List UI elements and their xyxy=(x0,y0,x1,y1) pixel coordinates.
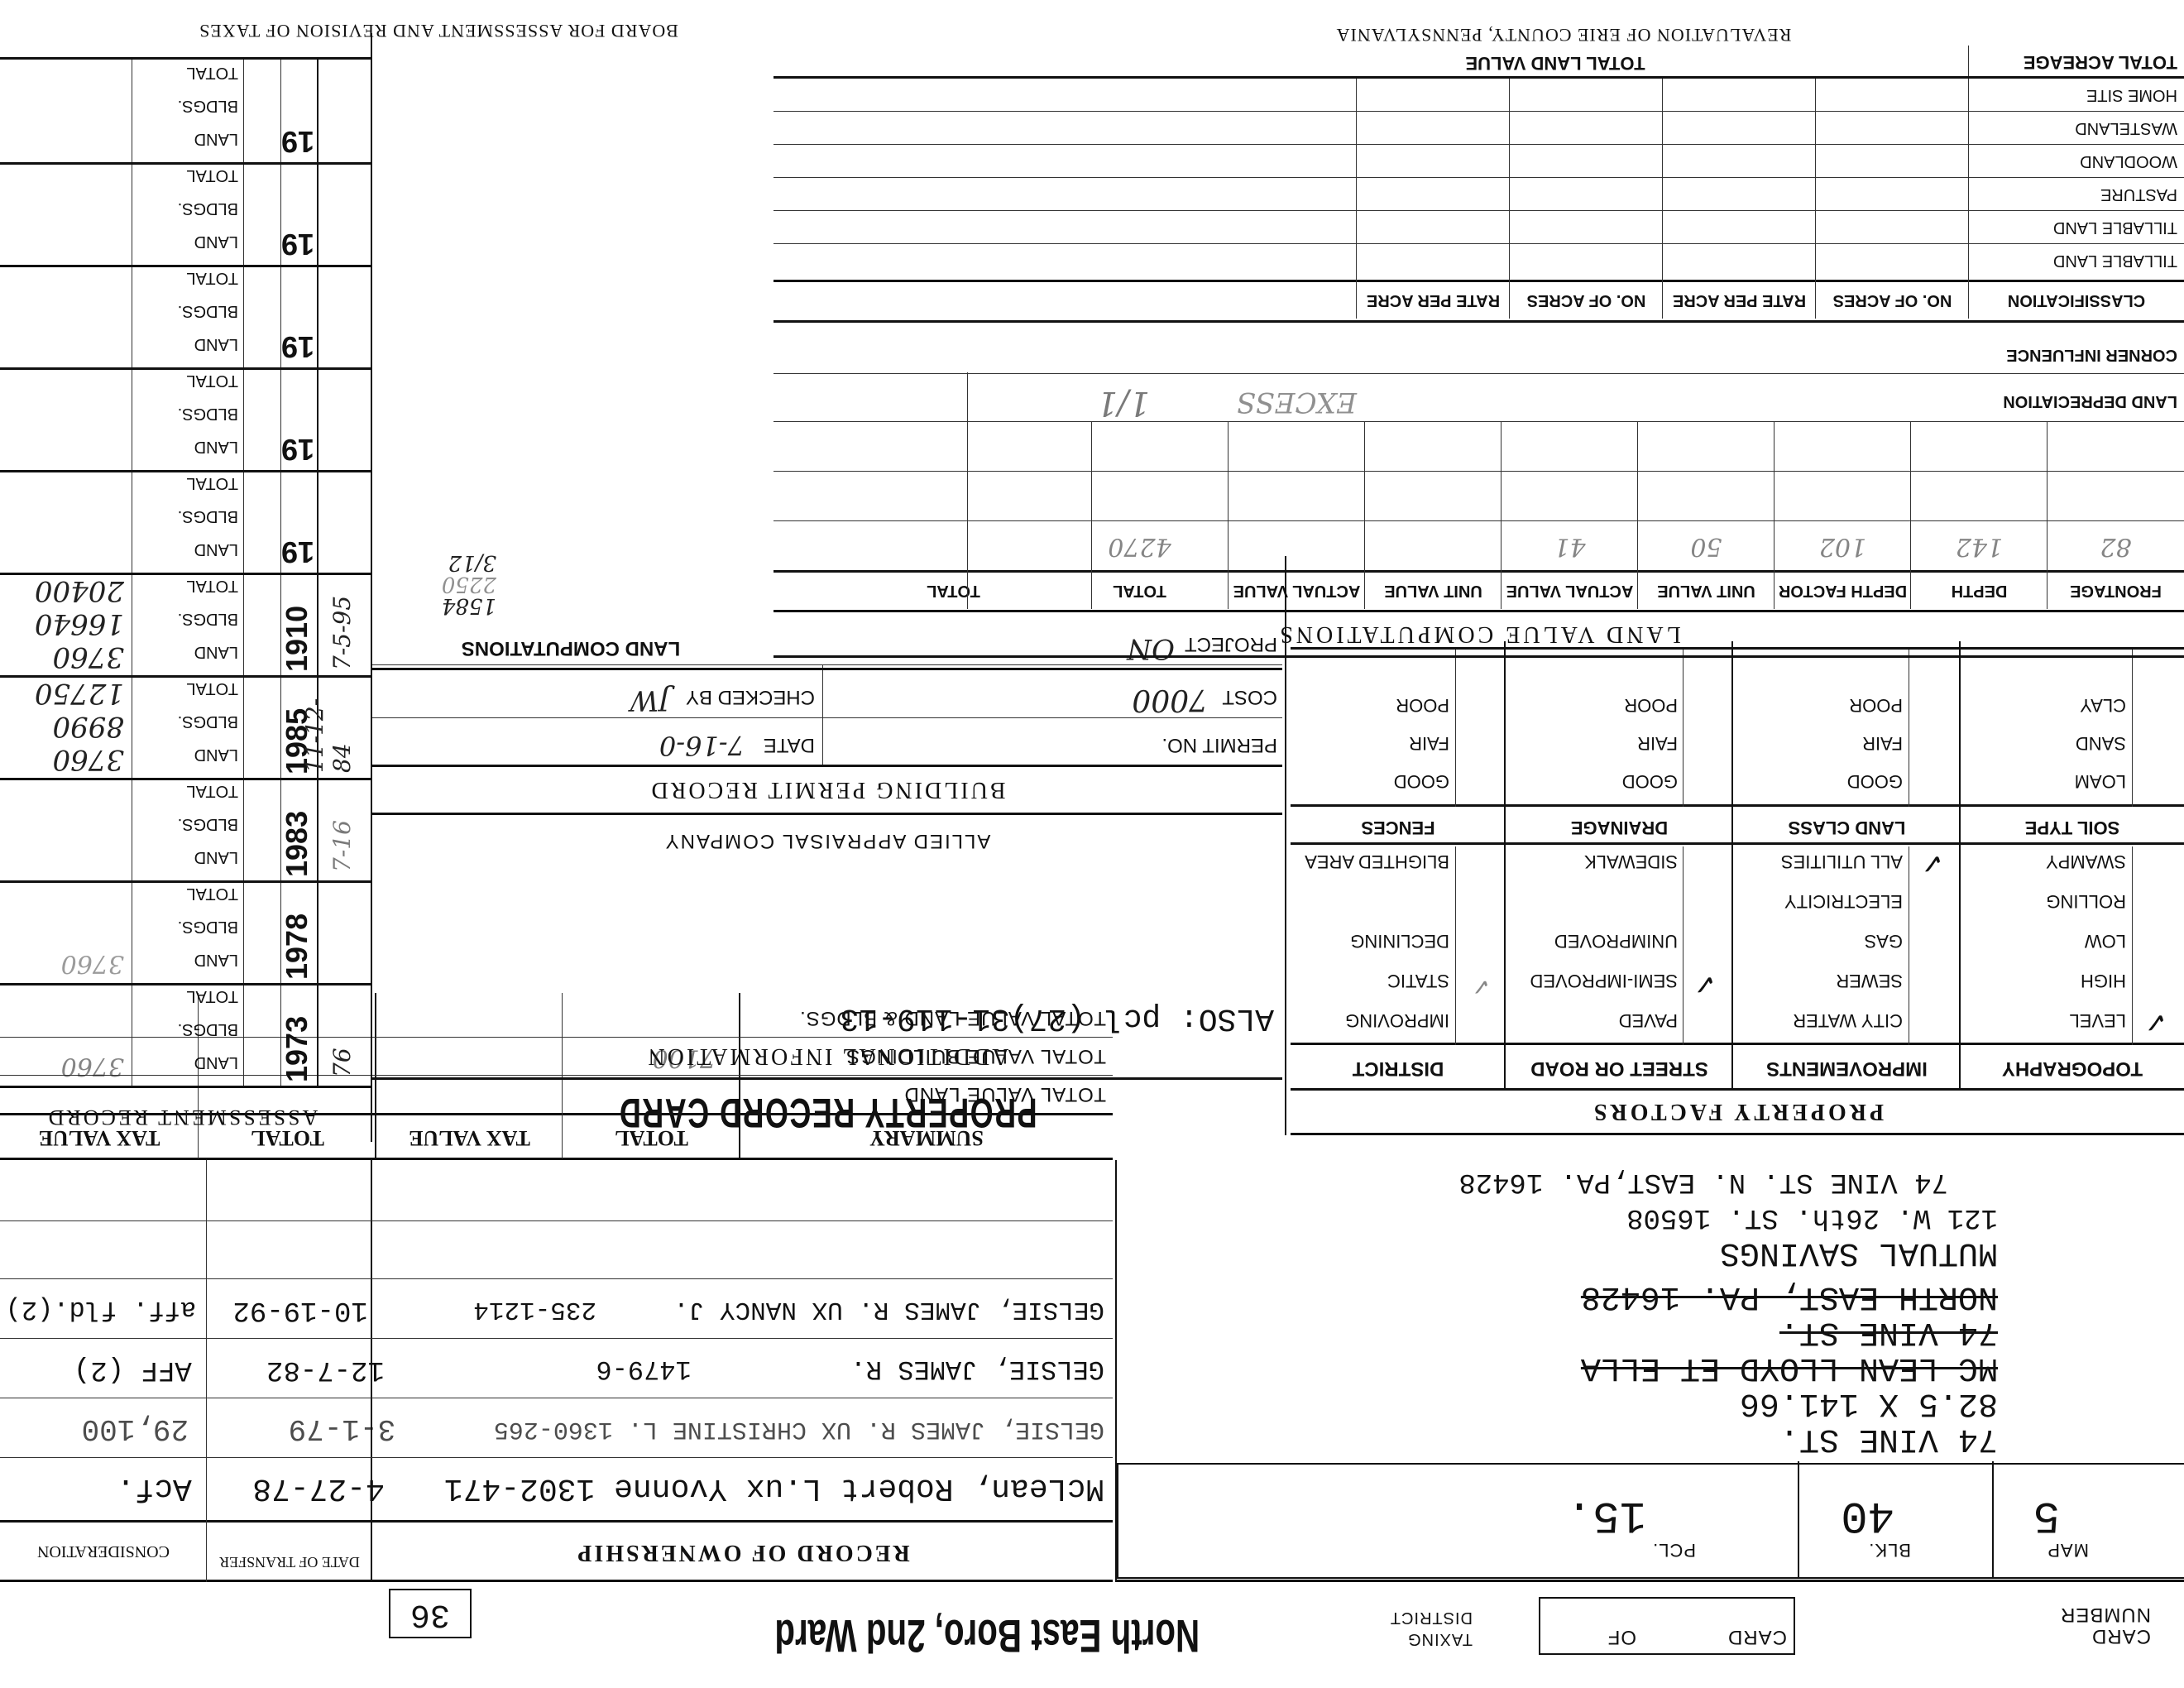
check-mark-icon: ✓ xyxy=(1921,846,1945,880)
assessment-year-block: 1985 11-12-84 LANDBLDGS.TOTAL 3760899012… xyxy=(0,675,372,780)
property-factors-title-bar: PROPERTY FACTORS xyxy=(1291,1091,2184,1132)
card-label: CARD xyxy=(1727,1625,1787,1648)
assessment-year-block: 19 LANDBLDGS.TOTAL xyxy=(0,162,372,267)
col-depth: DEPTH xyxy=(1911,582,2047,601)
assessment-values: 37601664020400 xyxy=(35,574,124,674)
improvement-all-utilities[interactable]: ALL UTILITIES xyxy=(1781,842,1903,881)
row-tillable-land-2: TILLABLE LAND xyxy=(2024,211,2177,244)
district-blighted-area[interactable]: BLIGHTED AREA xyxy=(1305,842,1449,881)
assessment-table: 1973 76 LANDBLDGS.TOTAL 3760 1978 LANDBL… xyxy=(0,58,372,1088)
date-of-transfer-header: DATE OF TRANSFER xyxy=(211,1553,368,1571)
owner-name: GELSIE, JAMES R. UX NANCY J. 235-1214 xyxy=(373,1296,1113,1325)
address-line-struck: NORTH EAST, PA. 16428 xyxy=(1121,1278,1998,1314)
card-title: PROPERTY RECORD CARD xyxy=(372,1073,1282,1142)
consideration: 29,100 xyxy=(0,1412,238,1446)
district-declining[interactable]: DECLINING xyxy=(1305,921,1449,961)
drainage-fair[interactable]: FAIR xyxy=(1622,724,1678,762)
assessment-year-block: 19 LANDBLDGS.TOTAL xyxy=(0,265,372,370)
assessment-row-labels: LANDBLDGS.TOTAL xyxy=(178,774,238,874)
land-value-title: LAND VALUE COMPUTATIONS xyxy=(773,621,2184,647)
row-pasture: PASTURE xyxy=(2024,178,2177,211)
owner-name: McLean, Robert L.ux Yvonne 1302-471 xyxy=(390,1471,1113,1507)
ownership-row: McLean, Robert L.ux Yvonne 1302-471 4-27… xyxy=(0,1461,1113,1516)
street-list: PAVED SEMI-IMPROVED UNIMPROVED SIDEWALK xyxy=(1530,842,1678,1040)
assessment-year: 1973 xyxy=(280,1016,314,1082)
assessment-note: 76 xyxy=(328,1048,356,1077)
consideration: aff. fld.(2) xyxy=(0,1295,204,1326)
land-class-list: GOOD FAIR POOR xyxy=(1847,686,1903,800)
assessment-row-labels: LANDBLDGS.TOTAL xyxy=(178,877,238,976)
assessment-year-block: 19 LANDBLDGS.TOTAL xyxy=(0,367,372,472)
assessment-row-labels: LANDBLDGS.TOTAL xyxy=(178,56,238,156)
assessment-year-block: 19 LANDBLDGS.TOTAL xyxy=(0,470,372,575)
land-class-good[interactable]: GOOD xyxy=(1847,762,1903,800)
improvement-gas[interactable]: GAS xyxy=(1781,921,1903,961)
col-frontage: FRONTAGE xyxy=(2047,582,2184,601)
appraisal-company: ALLIED APPRAISAL COMPANY xyxy=(372,829,1282,852)
row-wasteland: WASTELAND xyxy=(2024,112,2177,145)
assessment-row-labels: LANDBLDGS.TOTAL xyxy=(178,980,238,1079)
fences-poor[interactable]: POOR xyxy=(1394,686,1449,724)
drainage-list: GOOD FAIR POOR xyxy=(1622,686,1678,800)
card-of-box[interactable]: CARD OF xyxy=(1539,1597,1795,1655)
assessment-year-block: 1910 7-5-95 LANDBLDGS.TOTAL 376016640204… xyxy=(0,573,372,678)
address-line: 74 VINE ST. xyxy=(1121,1421,1998,1456)
street-paved[interactable]: PAVED xyxy=(1530,1000,1678,1040)
ownership-table: RECORD OF OWNERSHIP DATE OF TRANSFER CON… xyxy=(0,1160,1113,1582)
acreage-row-labels: TILLABLE LAND TILLABLE LAND PASTURE WOOD… xyxy=(2024,46,2177,277)
col-no-acres-2: NO. OF ACRES xyxy=(1510,291,1663,310)
revaluation-title: REVALUATION OF ERIE COUNTY, PENNSYLVANIA xyxy=(943,24,2184,46)
additional-info-title: ADDITIONAL INFORMATION xyxy=(372,1043,1282,1069)
land-depreciation-label: LAND DEPRECIATION xyxy=(2003,391,2177,410)
row-total-acreage: TOTAL ACREAGE xyxy=(2024,46,2177,79)
total-land-value-label: TOTAL LAND VALUE xyxy=(1142,52,1969,74)
transfer-date: 10-19-92 xyxy=(204,1294,373,1326)
drainage-header: DRAINAGE xyxy=(1506,817,1733,838)
blk-value: 40 xyxy=(1841,1489,1894,1540)
street-header: STREET OR ROAD xyxy=(1506,1057,1733,1080)
topography-header: TOPOGRAPHY xyxy=(1961,1057,2184,1080)
street-unimproved[interactable]: UNIMPROVED xyxy=(1530,921,1678,961)
land-value-row: 82 142 102 50 41 4270 xyxy=(773,525,2184,569)
land-class-fair[interactable]: FAIR xyxy=(1847,724,1903,762)
owner-name: GELSIE, JAMES R. 1479-6 xyxy=(390,1355,1113,1385)
topography-level[interactable]: LEVEL xyxy=(2046,1000,2126,1040)
assessment-note: 11-12-84 xyxy=(301,675,356,773)
row-woodland: WOODLAND xyxy=(2024,145,2177,178)
improvement-sewer[interactable]: SEWER xyxy=(1781,961,1903,1000)
land-depreciation-value: EXCESS xyxy=(1237,386,1357,419)
district-code: 36 xyxy=(389,1589,472,1638)
address-line: MUTUAL SAVINGS xyxy=(1121,1235,1998,1270)
assessment-year: 19 xyxy=(281,227,314,261)
cost-value: 7000 xyxy=(1132,683,1208,717)
row-tillable-land: TILLABLE LAND xyxy=(2024,244,2177,277)
fences-good[interactable]: GOOD xyxy=(1394,762,1449,800)
assessment-year: 19 xyxy=(281,124,314,159)
permit-no-label: PERMIT NO. xyxy=(1161,733,1277,756)
additional-information: ADDITIONAL INFORMATION ALSO: pcl (27)31-… xyxy=(372,819,1282,1076)
fences-header: FENCES xyxy=(1291,817,1506,838)
land-computations-box: LAND COMPUTATIONS 1584 2250 3/12 xyxy=(372,559,769,666)
acreage-table: CLASSIFICATION NO. OF ACRES RATE PER ACR… xyxy=(773,46,2184,319)
soil-type-list: LOAM SAND CLAY xyxy=(2075,686,2126,800)
map-value: 5 xyxy=(2033,1489,2060,1540)
assessment-year: 1983 xyxy=(280,811,314,877)
soil-type-header: SOIL TYPE xyxy=(1961,817,2184,838)
topography-swampy[interactable]: SWAMPY xyxy=(2046,842,2126,881)
assessment-land: 3760 xyxy=(61,949,124,978)
additional-info-text: ALSO: pcl (27)31-119-13 xyxy=(841,1000,1275,1036)
col-no-acres: NO. OF ACRES xyxy=(1816,291,1969,310)
col-actual-value: ACTUAL VALUE xyxy=(1501,582,1638,601)
district-list: IMPROVING STATIC DECLINING BLIGHTED AREA xyxy=(1305,842,1449,1040)
assessment-year: 19 xyxy=(281,535,314,569)
soil-clay[interactable]: CLAY xyxy=(2075,686,2126,724)
building-permit-title-bar: BUILDING PERMIT RECORD xyxy=(372,767,1282,813)
street-sidewalk[interactable]: SIDEWALK xyxy=(1530,842,1678,881)
fences-list: GOOD FAIR POOR xyxy=(1394,686,1449,800)
row-home-site: HOME SITE xyxy=(2024,79,2177,112)
board-title: BOARD FOR ASSESSMENT AND REVISION OF TAX… xyxy=(0,20,877,41)
transfer-date: 4-27-78 xyxy=(225,1471,390,1507)
land-depreciation-note: 1/1 xyxy=(1097,384,1150,422)
transfer-date: 3-1-79 xyxy=(238,1412,400,1446)
assessment-year-block: 1983 7-16 LANDBLDGS.TOTAL xyxy=(0,778,372,883)
soil-sand[interactable]: SAND xyxy=(2075,724,2126,762)
assessment-note: 7-16 xyxy=(328,820,356,872)
improvements-list: CITY WATER SEWER GAS ELECTRICITY ALL UTI… xyxy=(1781,842,1903,1040)
property-record-card: CARD NUMBER CARD OF TAXING DISTRICT Nort… xyxy=(0,0,2184,1688)
street-semi-improved[interactable]: SEMI-IMPROVED xyxy=(1530,961,1678,1000)
col-rate-per-acre: RATE PER ACRE xyxy=(1663,291,1816,310)
land-class-header: LAND CLASS xyxy=(1733,817,1961,838)
col-rate-per-acre-2: RATE PER ACRE xyxy=(1357,291,1510,310)
land-computations-title: LAND COMPUTATIONS xyxy=(372,636,769,659)
assessment-year-block: 1978 LANDBLDGS.TOTAL 3760 xyxy=(0,880,372,985)
assessment-row-labels: LANDBLDGS.TOTAL xyxy=(178,672,238,771)
ownership-row: GELSIE, JAMES R. UX CHRISTINE L. 1360-26… xyxy=(0,1402,1113,1456)
cost-label: COST xyxy=(1222,685,1277,708)
permit-date: 7-16-0 xyxy=(659,730,745,761)
address-line-struck: MC LEAN LLOYD ET ELLA xyxy=(1121,1350,1998,1385)
acreage-header-row: CLASSIFICATION NO. OF ACRES RATE PER ACR… xyxy=(773,282,2184,319)
col-actual-value-2: ACTUAL VALUE xyxy=(1228,582,1365,601)
check-mark-icon: ✓ xyxy=(2144,1005,2168,1038)
address-line-struck: 74 VINE ST. xyxy=(1121,1314,1998,1350)
drainage-poor[interactable]: POOR xyxy=(1622,686,1678,724)
building-permit-title: BUILDING PERMIT RECORD xyxy=(372,767,1282,813)
drainage-good[interactable]: GOOD xyxy=(1622,762,1678,800)
of-label: OF xyxy=(1607,1625,1636,1648)
owner-address-block: 74 VINE ST. 82.5 X 141.66 MC LEAN LLOYD … xyxy=(1121,1163,1998,1456)
card-number-label: CARD NUMBER xyxy=(2052,1604,2151,1647)
address-line: 121 W. 26th. ST. 16508 xyxy=(1121,1199,1998,1235)
topography-high[interactable]: HIGH xyxy=(2046,961,2126,1000)
soil-loam[interactable]: LOAM xyxy=(2075,762,2126,800)
assessment-row-labels: LANDBLDGS.TOTAL xyxy=(178,261,238,361)
col-depth-factor: DEPTH FACTOR xyxy=(1774,582,1911,601)
topography-low[interactable]: LOW xyxy=(2046,921,2126,961)
assessment-year: 19 xyxy=(281,329,314,364)
assessment-year-block: 19 LANDBLDGS.TOTAL xyxy=(0,57,372,165)
address-line: 82.5 X 141.66 xyxy=(1121,1385,1998,1421)
col-total: TOTAL xyxy=(1051,582,1228,601)
assessment-title-bar: ASSESSMENT RECORD xyxy=(0,1092,364,1142)
consideration-header: CONSIDERATION xyxy=(4,1542,203,1561)
address-line: 74 VINE ST. N. EAST,PA. 16428 xyxy=(1121,1163,1998,1199)
consideration: Acf. xyxy=(0,1471,225,1507)
ownership-row: GELSIE, JAMES R. 1479-6 12-7-82 AFF (2) xyxy=(0,1342,1113,1397)
checked-by-label: CHECKED BY xyxy=(686,685,815,708)
assessment-values: 3760899012750 xyxy=(35,677,124,776)
land-value-header-row: FRONTAGE DEPTH DEPTH FACTOR UNIT VALUE A… xyxy=(773,573,2184,609)
checked-by-value: JW xyxy=(630,683,670,717)
taxing-district: North East Boro, 2nd Ward xyxy=(692,1609,1282,1663)
fences-fair[interactable]: FAIR xyxy=(1394,724,1449,762)
assessment-year: 1978 xyxy=(280,914,314,980)
owner-name: GELSIE, JAMES R. UX CHRISTINE L. 1360-26… xyxy=(400,1415,1113,1443)
property-factors-title: PROPERTY FACTORS xyxy=(1291,1091,2184,1132)
taxing-district-label: TAXING DISTRICT xyxy=(1348,1607,1473,1650)
consideration: AFF (2) xyxy=(0,1354,225,1385)
map-label: MAP xyxy=(2047,1539,2089,1561)
topography-list: LEVEL HIGH LOW ROLLING SWAMPY xyxy=(2046,842,2126,1040)
assessment-note: 7-5-95 xyxy=(328,596,356,670)
assessment-land: 3760 xyxy=(61,1052,124,1081)
assessment-year-block: 1973 76 LANDBLDGS.TOTAL 3760 xyxy=(0,983,372,1088)
assessment-row-labels: LANDBLDGS.TOTAL xyxy=(178,364,238,463)
property-factors-grid: TOPOGRAPHY IMPROVEMENTS STREET OR ROAD D… xyxy=(1291,625,2184,1088)
improvement-city-water[interactable]: CITY WATER xyxy=(1781,1000,1903,1040)
permit-date-label: DATE xyxy=(764,733,815,756)
assessment-row-labels: LANDBLDGS.TOTAL xyxy=(178,467,238,566)
district-improving[interactable]: IMPROVING xyxy=(1305,1000,1449,1040)
col-total-2: TOTAL xyxy=(856,582,1051,601)
land-adjustments: LAND DEPRECIATION EXCESS 1/1 CORNER INFL… xyxy=(773,314,2184,422)
district-static[interactable]: STATIC xyxy=(1305,961,1449,1000)
card-title-bar: PROPERTY RECORD CARD xyxy=(372,1084,1282,1142)
check-mark-icon: ✓ xyxy=(1693,967,1717,1000)
ownership-row: GELSIE, JAMES R. UX NANCY J. 235-1214 10… xyxy=(0,1283,1113,1337)
topography-rolling[interactable]: ROLLING xyxy=(2046,881,2126,921)
assessment-row-labels: LANDBLDGS.TOTAL xyxy=(178,159,238,258)
pcl-label: PCL. xyxy=(1652,1539,1696,1561)
col-classification: CLASSIFICATION xyxy=(1969,291,2184,310)
land-class-poor[interactable]: POOR xyxy=(1847,686,1903,724)
land-computation-notes: 1584 2250 3/12 xyxy=(442,552,496,616)
check-mark-icon: ✓ xyxy=(1472,973,1491,1000)
corner-influence-label: CORNER INFLUENCE xyxy=(2006,345,2177,364)
district-header: DISTRICT xyxy=(1291,1057,1506,1080)
pcl-value: 15. xyxy=(1566,1489,1646,1540)
improvements-header: IMPROVEMENTS xyxy=(1733,1057,1961,1080)
assessment-year: 19 xyxy=(281,432,314,467)
col-unit-value: UNIT VALUE xyxy=(1638,582,1774,601)
blk-label: BLK. xyxy=(1868,1539,1911,1561)
assessment-title: ASSESSMENT RECORD xyxy=(0,1092,364,1142)
assessment-row-labels: LANDBLDGS.TOTAL xyxy=(178,569,238,669)
col-unit-value-2: UNIT VALUE xyxy=(1365,582,1501,601)
transfer-date: 12-7-82 xyxy=(225,1354,390,1385)
parcel-id-box: MAP 5 BLK. 40 PCL. 15. xyxy=(1117,1463,2184,1579)
assessment-year: 1910 xyxy=(280,606,314,672)
ownership-title: RECORD OF OWNERSHIP xyxy=(372,1539,1113,1566)
improvement-electricity[interactable]: ELECTRICITY xyxy=(1781,881,1903,921)
